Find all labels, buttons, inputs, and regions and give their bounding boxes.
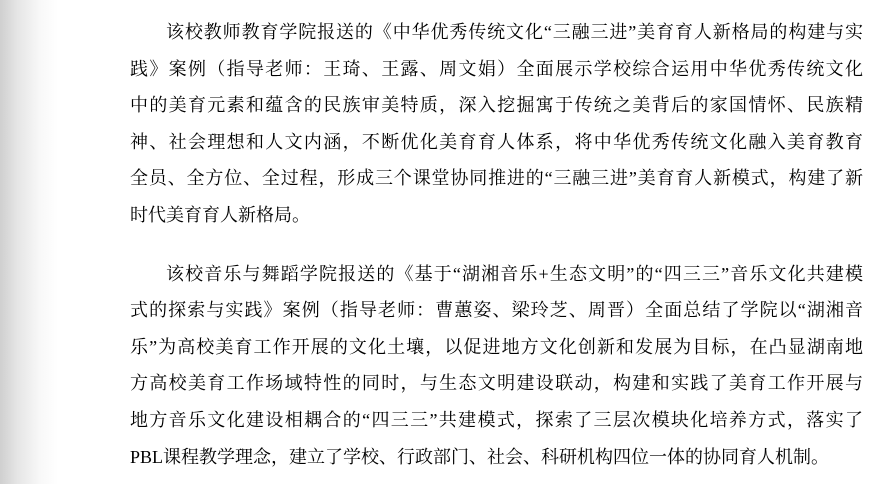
text-line: 该校教师教育学院报送的《中华优秀传统文化“三融三进”美育育人新格局的构建与实 xyxy=(130,14,863,51)
document-page: 该校教师教育学院报送的《中华优秀传统文化“三融三进”美育育人新格局的构建与实践》… xyxy=(0,0,872,484)
text-line: 该校音乐与舞蹈学院报送的《基于“湖湘音乐+生态文明”的“四三三”音乐文化共建模 xyxy=(130,256,863,293)
text-line: 地方音乐文化建设相耦合的“四三三”共建模式，探索了三层次模块化培养方式，落实了 xyxy=(130,402,863,439)
text-line: 乐”为高校美育工作开展的文化土壤，以促进地方文化创新和发展为目标，在凸显湖南地 xyxy=(130,329,863,366)
text-line: 践》案例（指导老师：王琦、王露、周文娟）全面展示学校综合运用中华优秀传统文化 xyxy=(130,51,863,88)
text-line: 神、社会理想和人文内涵，不断优化美育育人体系，将中华优秀传统文化融入美育教育 xyxy=(130,124,863,161)
text-line: 中的美育元素和蕴含的民族审美特质，深入挖掘寓于传统之美背后的家国情怀、民族精 xyxy=(130,87,863,124)
page-left-edge-shadow xyxy=(0,0,58,484)
text-line: PBL课程教学理念，建立了学校、行政部门、社会、科研机构四位一体的协同育人机制。 xyxy=(130,439,863,476)
text-line: 方高校美育工作场域特性的同时，与生态文明建设联动，构建和实践了美育工作开展与 xyxy=(130,365,863,402)
paragraph: 该校音乐与舞蹈学院报送的《基于“湖湘音乐+生态文明”的“四三三”音乐文化共建模式… xyxy=(130,256,863,476)
text-line: 式的探索与实践》案例（指导老师：曹蕙姿、梁玲芝、周晋）全面总结了学院以“湖湘音 xyxy=(130,292,863,329)
document-text: 该校教师教育学院报送的《中华优秀传统文化“三融三进”美育育人新格局的构建与实践》… xyxy=(130,14,863,475)
text-line: 时代美育育人新格局。 xyxy=(130,197,863,234)
paragraph: 该校教师教育学院报送的《中华优秀传统文化“三融三进”美育育人新格局的构建与实践》… xyxy=(130,14,863,234)
text-line: 全员、全方位、全过程，形成三个课堂协同推进的“三融三进”美育育人新模式，构建了新 xyxy=(130,160,863,197)
